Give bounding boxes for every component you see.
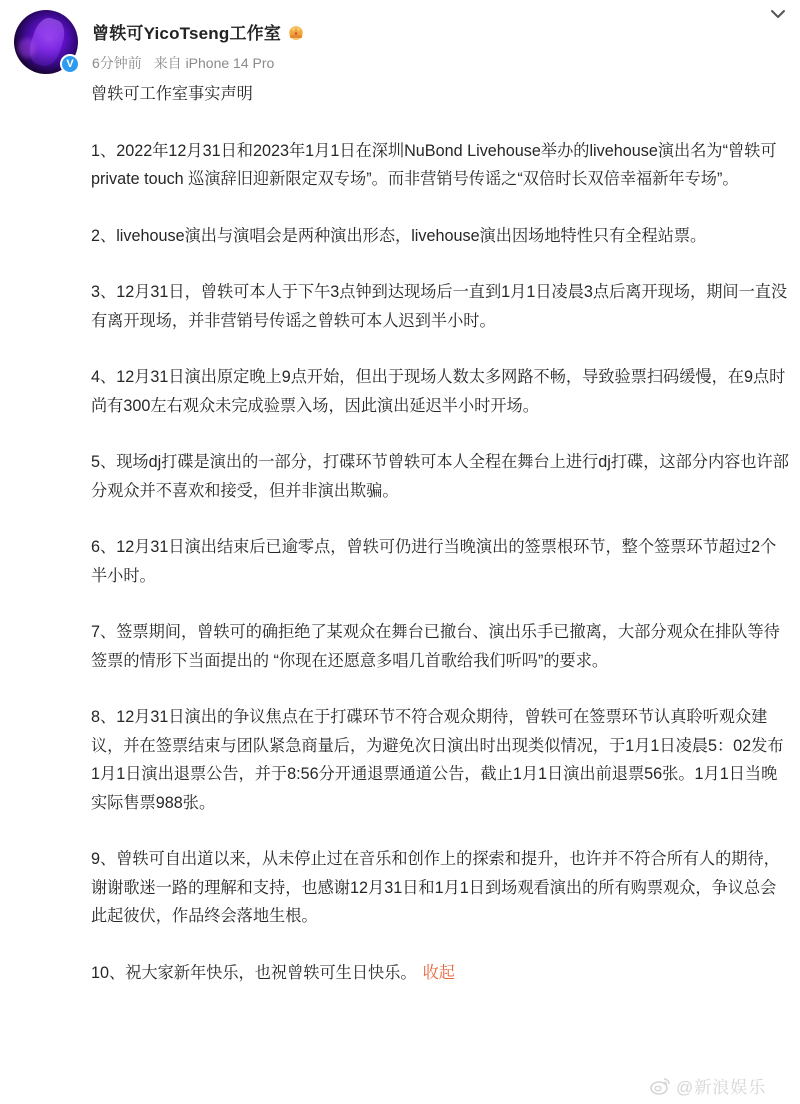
post-content: 曾轶可工作室事实声明 1、2022年12月31日和2023年1月1日在深圳NuB… bbox=[91, 80, 791, 987]
verified-badge-icon: V bbox=[60, 54, 80, 74]
post-source: 来自 iPhone 14 Pro bbox=[154, 55, 275, 71]
paragraph-3: 3、12月31日，曾轶可本人于下午3点钟到达现场后一直到1月1日凌晨3点后离开现… bbox=[91, 278, 791, 335]
paragraph-10-text: 10、祝大家新年快乐，也祝曾轶可生日快乐。 bbox=[91, 964, 417, 982]
paragraph-5: 5、现场dj打碟是演出的一部分，打碟环节曾轶可本人全程在舞台上进行dj打碟，这部… bbox=[91, 448, 791, 505]
weibo-post: V 曾轶可YicoTseng工作室 6分钟前 来自 iPhone 14 Pro … bbox=[0, 0, 800, 1104]
paragraph-7: 7、签票期间，曾轶可的确拒绝了某观众在舞台已撤台、演出乐手已撤离，大部分观众在排… bbox=[91, 618, 791, 675]
post-title: 曾轶可工作室事实声明 bbox=[91, 80, 791, 109]
post-meta: 6分钟前 来自 iPhone 14 Pro bbox=[92, 53, 274, 73]
paragraph-10: 10、祝大家新年快乐，也祝曾轶可生日快乐。收起 bbox=[91, 959, 791, 988]
paragraph-1: 1、2022年12月31日和2023年1月1日在深圳NuBond Livehou… bbox=[91, 137, 791, 194]
post-time: 6分钟前 bbox=[92, 55, 142, 71]
watermark: @新浪娱乐 bbox=[650, 1073, 766, 1098]
crown-icon bbox=[287, 24, 305, 40]
paragraph-4: 4、12月31日演出原定晚上9点开始，但出于现场人数太多网路不畅，导致验票扫码缓… bbox=[91, 363, 791, 420]
weibo-logo-icon bbox=[650, 1076, 672, 1096]
watermark-text: @新浪娱乐 bbox=[676, 1073, 766, 1098]
collapse-link[interactable]: 收起 bbox=[423, 964, 455, 982]
paragraph-2: 2、livehouse演出与演唱会是两种演出形态，livehouse演出因场地特… bbox=[91, 222, 791, 251]
chevron-down-icon[interactable] bbox=[768, 6, 788, 22]
author-name[interactable]: 曾轶可YicoTseng工作室 bbox=[92, 19, 281, 44]
author-row: 曾轶可YicoTseng工作室 bbox=[92, 19, 305, 44]
paragraph-6: 6、12月31日演出结束后已逾零点，曾轶可仍进行当晚演出的签票根环节，整个签票环… bbox=[91, 533, 791, 590]
paragraph-8: 8、12月31日演出的争议焦点在于打碟环节不符合观众期待，曾轶可在签票环节认真聆… bbox=[91, 703, 791, 817]
paragraph-9: 9、曾轶可自出道以来，从未停止过在音乐和创作上的探索和提升，也许并不符合所有人的… bbox=[91, 845, 791, 931]
